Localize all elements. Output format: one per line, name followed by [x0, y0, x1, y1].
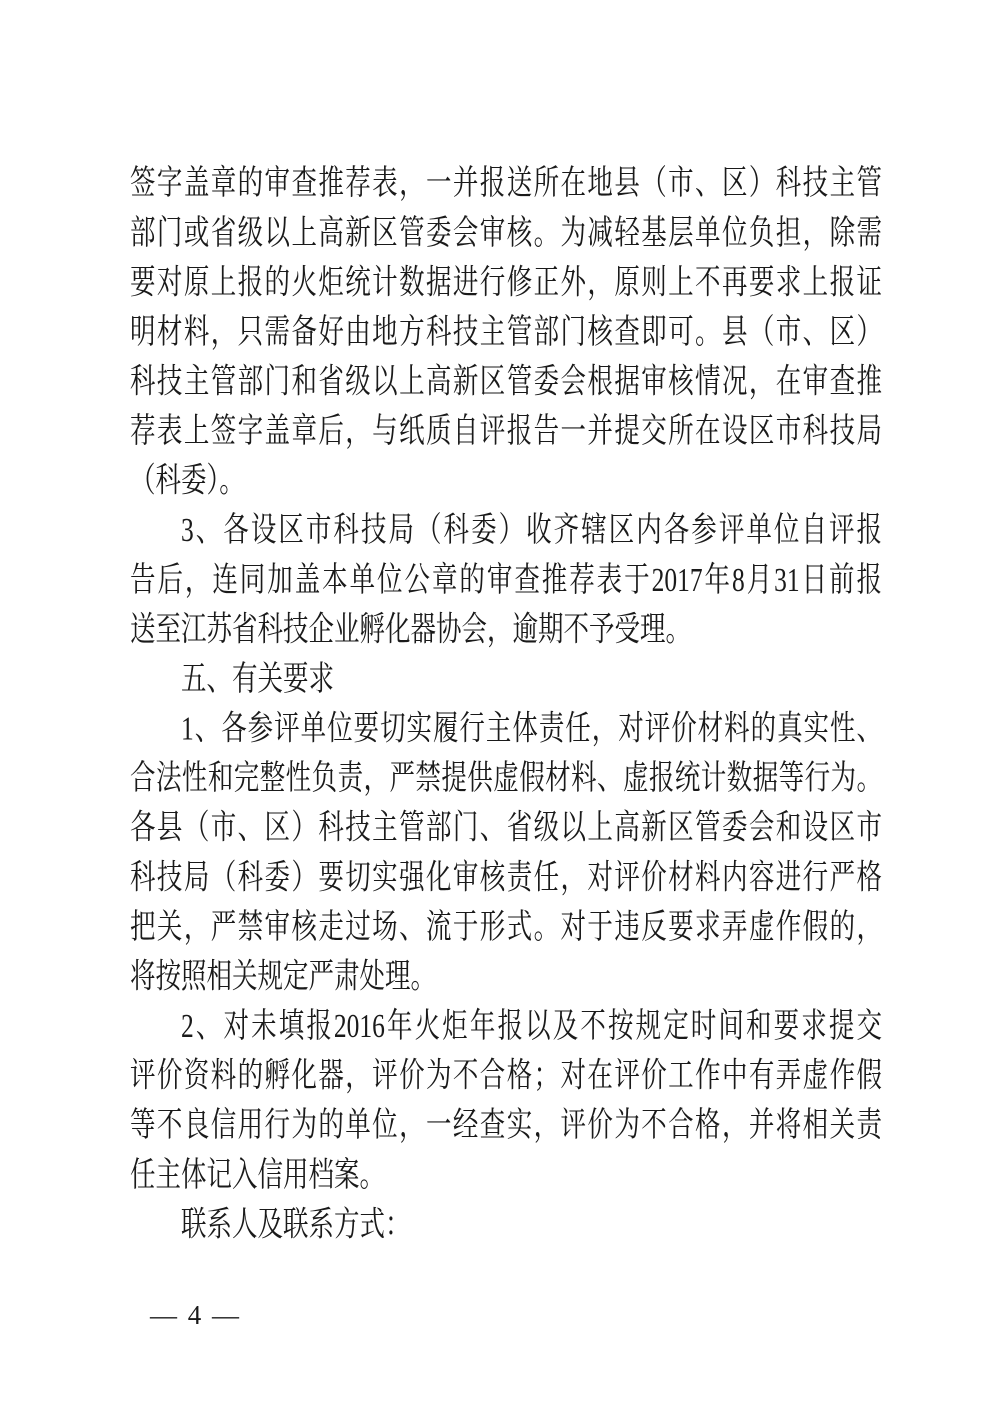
text-line: 部门或省级以上高新区管委会审核。为减轻基层单位负担，除需: [130, 208, 882, 258]
text-line: 签字盖章的审查推荐表，一并报送所在地县（市、区）科技主管: [130, 158, 882, 208]
text-line: 合法性和完整性负责，严禁提供虚假材料、虚报统计数据等行为。: [130, 753, 882, 803]
text-line: 1、各参评单位要切实履行主体责任，对评价材料的真实性、: [130, 703, 882, 753]
text-line: 告后，连同加盖本单位公章的审查推荐表于2017年8月31日前报: [130, 555, 882, 605]
text-line: 把关，严禁审核走过场、流于形式。对于违反要求弄虚作假的，: [130, 902, 882, 952]
text-line: 联系人及联系方式：: [130, 1199, 882, 1249]
text-line: 2、对未填报2016年火炬年报以及不按规定时间和要求提交: [130, 1001, 882, 1051]
text-line: 五、有关要求: [130, 654, 882, 704]
text-line: 任主体记入信用档案。: [130, 1150, 882, 1200]
text-line: （科委）。: [130, 455, 882, 505]
page-number: — 4 —: [150, 1300, 241, 1331]
text-line: 要对原上报的火炬统计数据进行修正外，原则上不再要求上报证: [130, 257, 882, 307]
text-line: 送至江苏省科技企业孵化器协会，逾期不予受理。: [130, 604, 882, 654]
text-line: 荐表上签字盖章后，与纸质自评报告一并提交所在设区市科技局: [130, 406, 882, 456]
text-line: 明材料，只需备好由地方科技主管部门核查即可。县（市、区）: [130, 307, 882, 357]
text-line: 科技主管部门和省级以上高新区管委会根据审核情况，在审查推: [130, 356, 882, 406]
document-body: 签字盖章的审查推荐表，一并报送所在地县（市、区）科技主管部门或省级以上高新区管委…: [130, 158, 882, 1249]
text-line: 科技局（科委）要切实强化审核责任，对评价材料内容进行严格: [130, 852, 882, 902]
text-line: 将按照相关规定严肃处理。: [130, 951, 882, 1001]
text-line: 各县（市、区）科技主管部门、省级以上高新区管委会和设区市: [130, 803, 882, 853]
text-line: 3、各设区市科技局（科委）收齐辖区内各参评单位自评报: [130, 505, 882, 555]
text-line: 等不良信用行为的单位，一经查实，评价为不合格，并将相关责: [130, 1100, 882, 1150]
text-line: 评价资料的孵化器，评价为不合格；对在评价工作中有弄虚作假: [130, 1050, 882, 1100]
document-page: 签字盖章的审查推荐表，一并报送所在地县（市、区）科技主管部门或省级以上高新区管委…: [0, 0, 1000, 1414]
